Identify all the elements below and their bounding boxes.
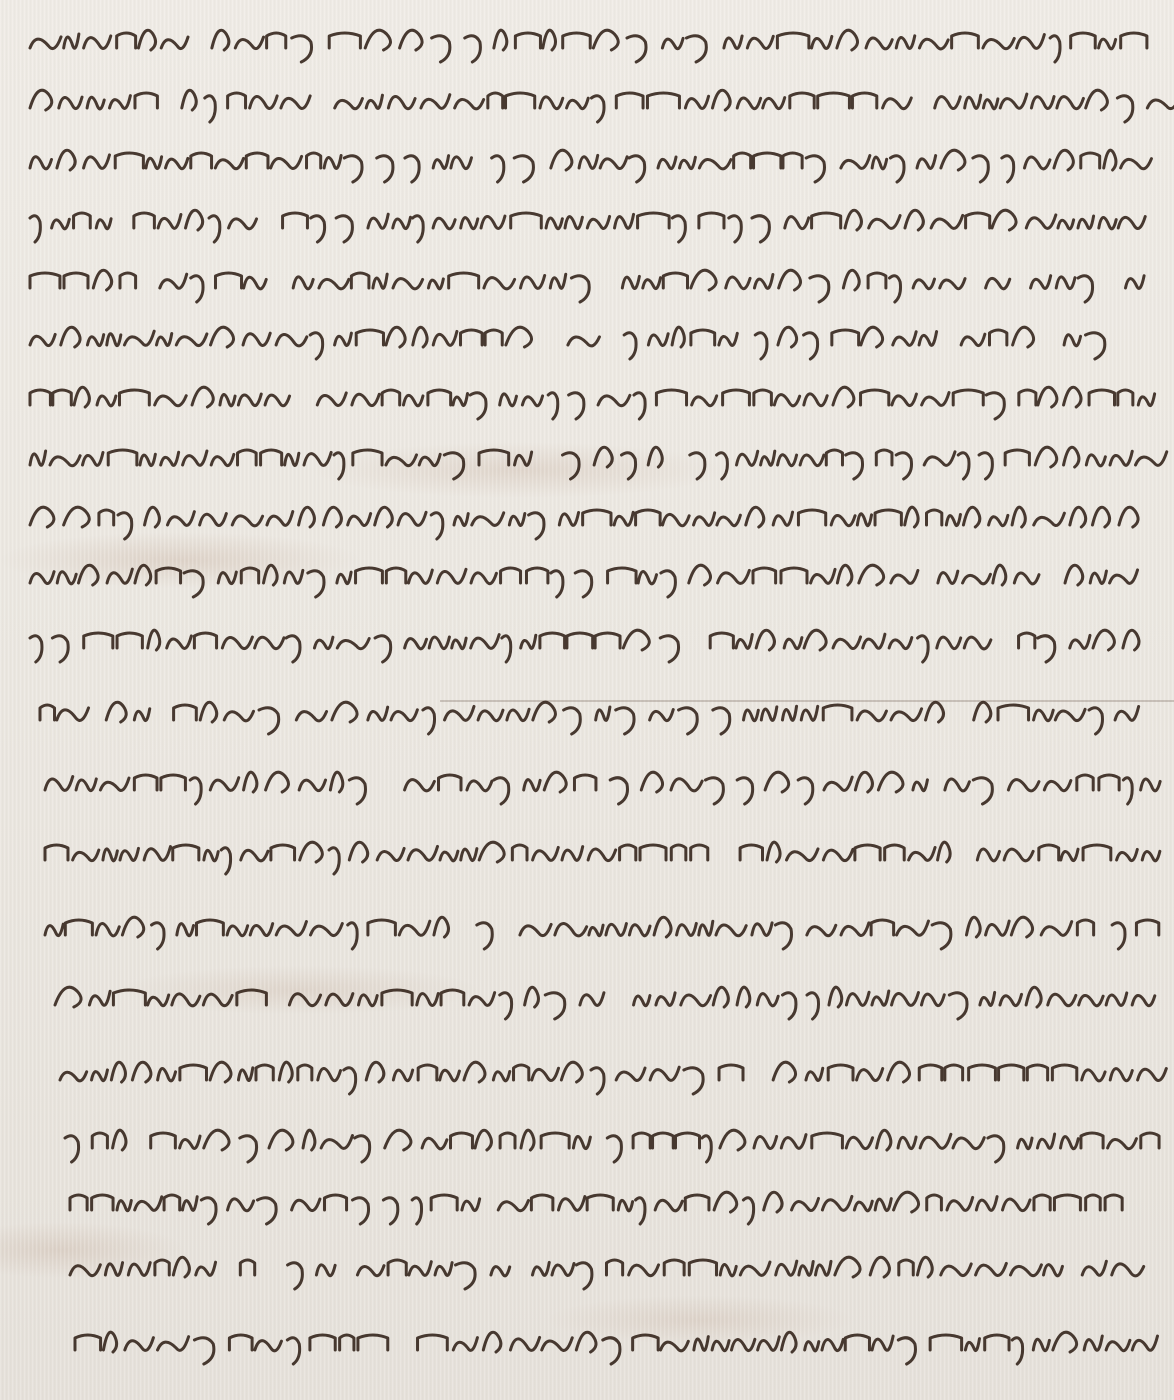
manuscript-page [0,0,1174,1400]
manuscript-line [45,760,1170,804]
handwriting-strokes [30,618,1150,662]
manuscript-line [30,435,1165,479]
manuscript-line [45,830,1170,874]
handwriting-strokes [30,375,1160,419]
manuscript-line [40,690,1165,734]
manuscript-line [30,138,1150,182]
handwriting-strokes [30,553,1160,597]
handwriting-strokes [55,975,1170,1019]
manuscript-line [30,618,1150,662]
handwriting-strokes [30,18,1165,62]
manuscript-line [30,495,1170,539]
manuscript-line [60,1050,1170,1094]
manuscript-line [55,975,1170,1019]
manuscript-line [75,1320,1170,1364]
handwriting-strokes [30,138,1150,182]
manuscript-line [30,258,1165,302]
handwriting-strokes [30,495,1170,539]
manuscript-line [70,1245,1165,1289]
handwriting-strokes [45,905,1170,949]
handwriting-strokes [30,435,1165,479]
handwriting-strokes [65,1118,1170,1162]
manuscript-line [30,18,1165,62]
handwriting-strokes [45,830,1170,874]
manuscript-line [30,315,1140,359]
handwriting-strokes [45,760,1170,804]
handwriting-strokes [30,198,1165,242]
manuscript-line [45,905,1170,949]
handwriting-strokes [70,1245,1165,1289]
manuscript-line [30,553,1160,597]
manuscript-line [65,1118,1170,1162]
manuscript-line [70,1180,1170,1224]
handwriting-strokes [70,1180,1170,1224]
manuscript-line [30,375,1160,419]
handwriting-strokes [30,78,1170,122]
handwriting-strokes [30,258,1165,302]
handwriting-strokes [30,315,1140,359]
manuscript-line [30,78,1170,122]
manuscript-line [30,198,1165,242]
handwriting-strokes [75,1320,1170,1364]
handwriting-strokes [40,690,1165,734]
handwriting-strokes [60,1050,1170,1094]
